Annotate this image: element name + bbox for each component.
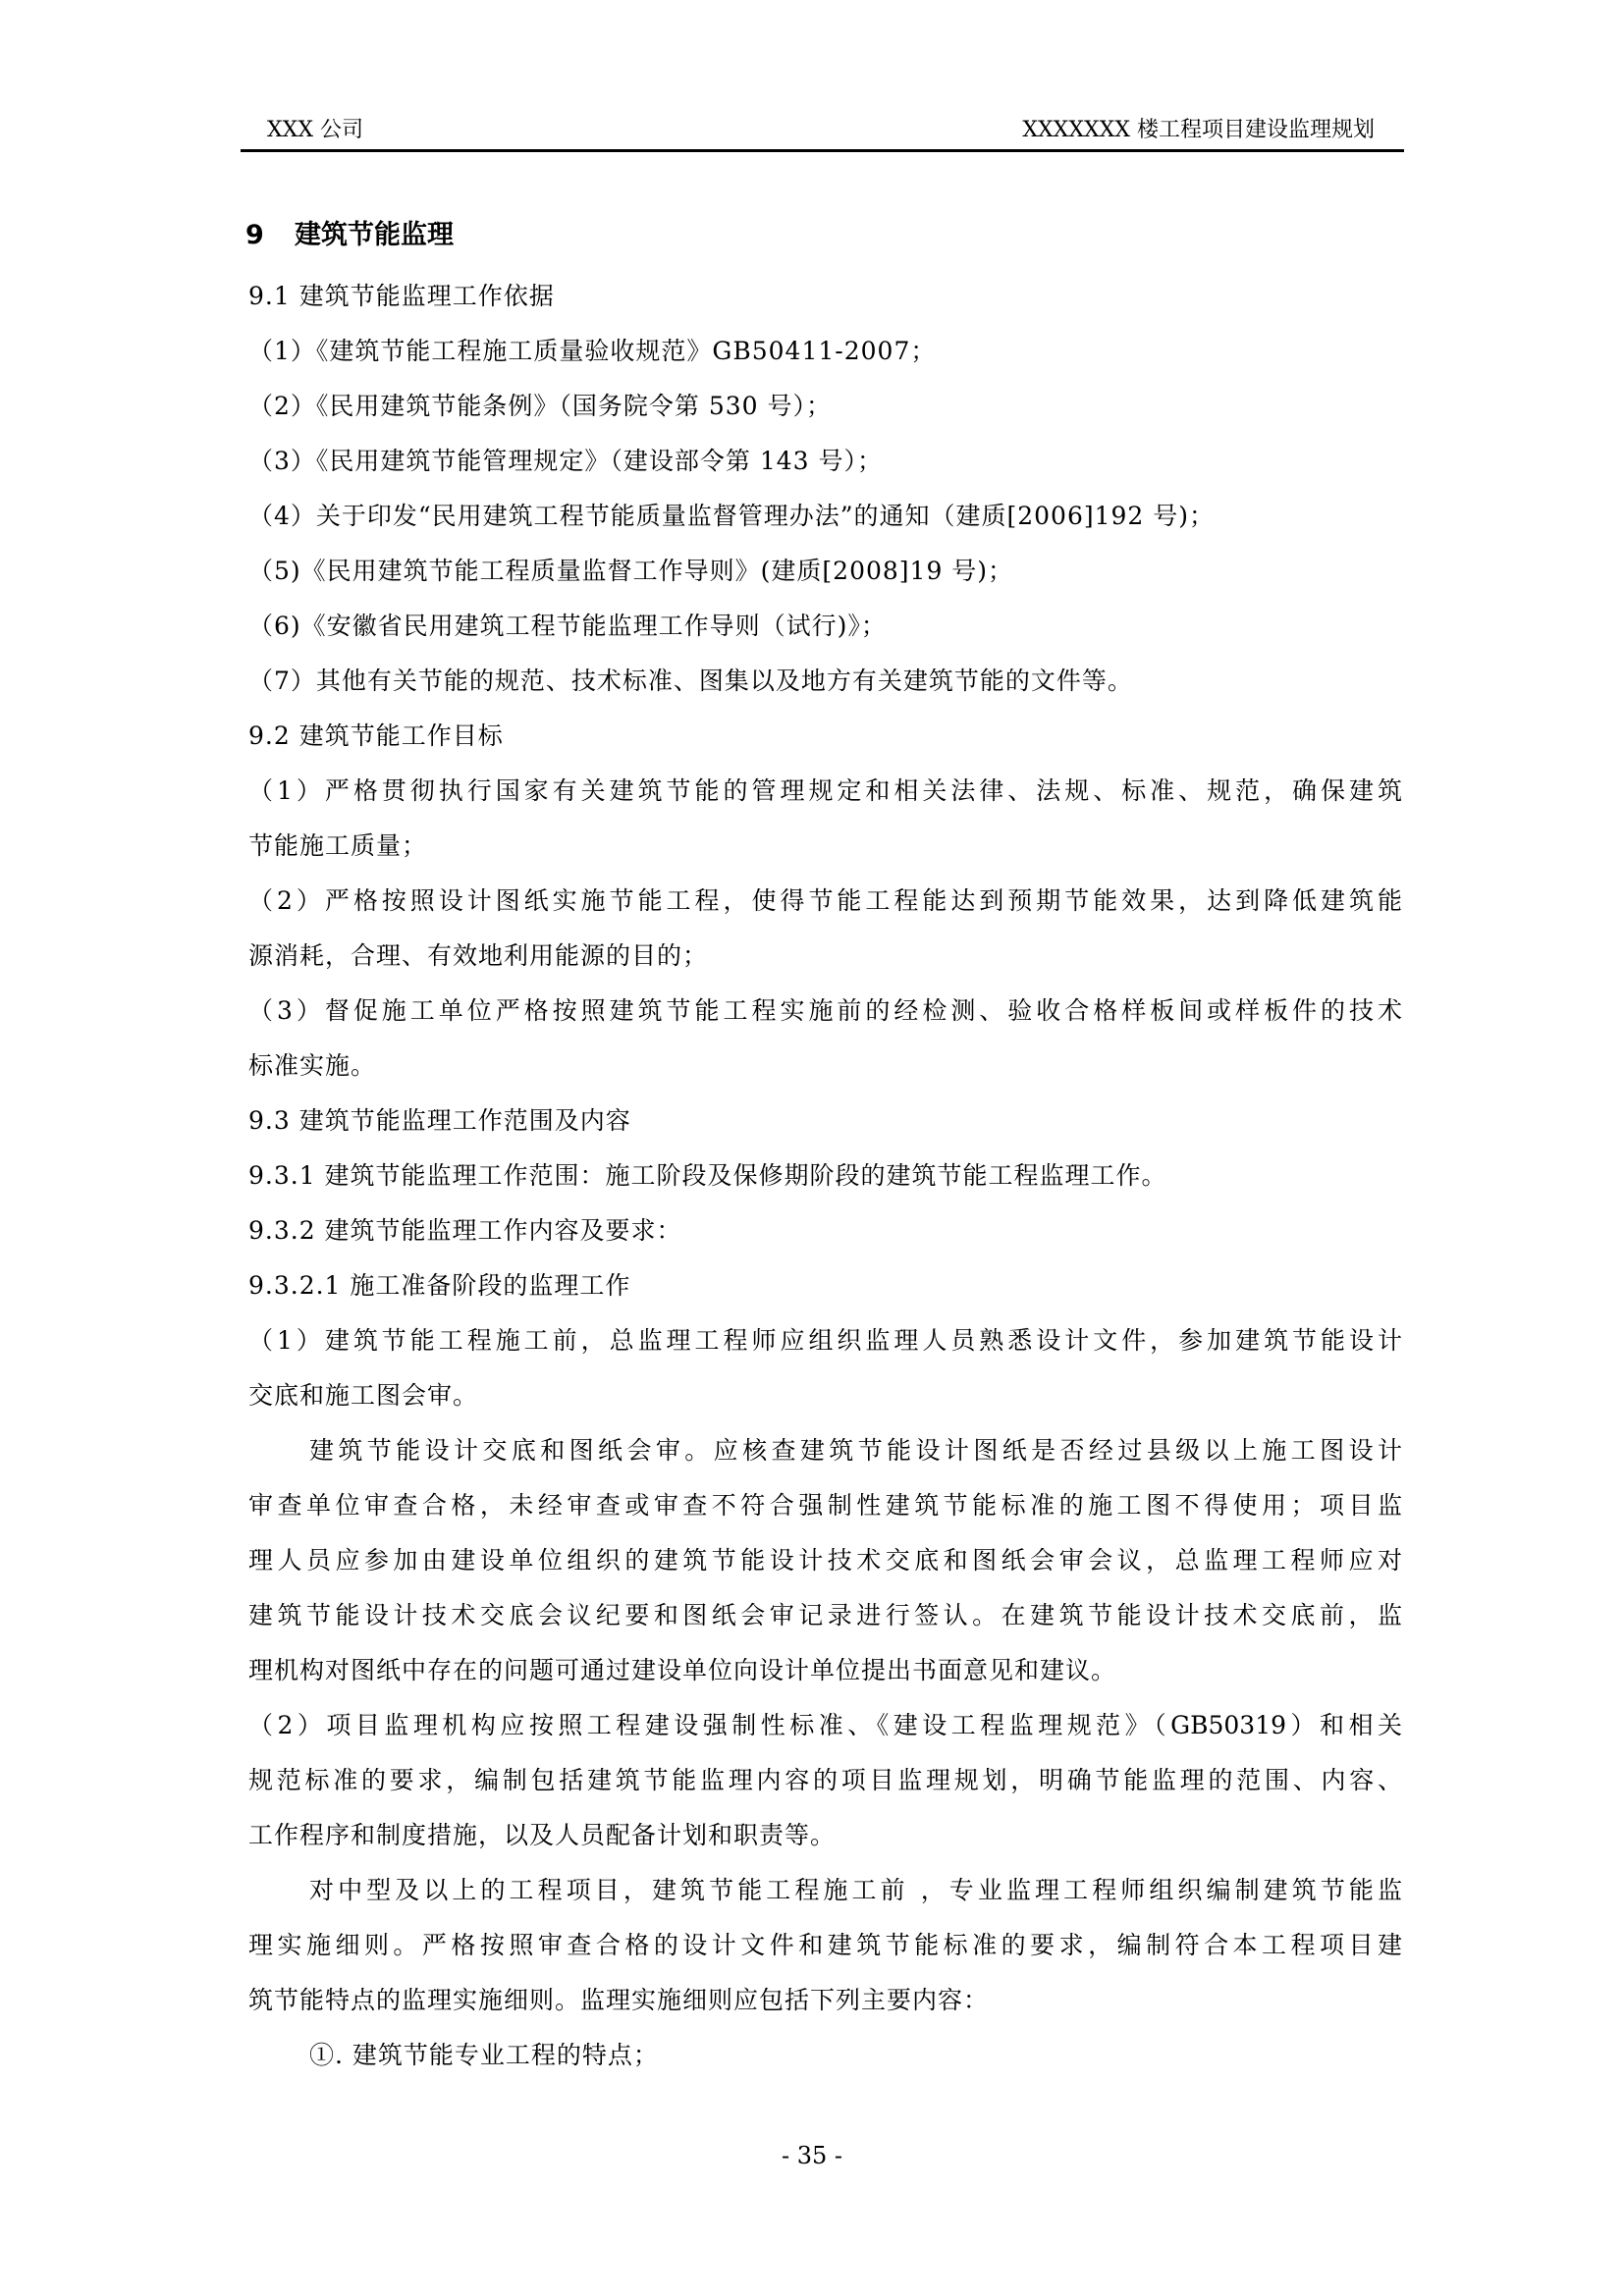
text-line: 9.3.1 建筑节能监理工作范围：施工阶段及保修期阶段的建筑节能工程监理工作。 <box>248 1148 1402 1203</box>
text-line: 规范标准的要求，编制包括建筑节能监理内容的项目监理规划，明确节能监理的范围、内容… <box>248 1753 1402 1808</box>
text-line: 9.2 建筑节能工作目标 <box>248 709 1402 764</box>
text-line: 对中型及以上的工程项目，建筑节能工程施工前 ，专业监理工程师组织编制建筑节能监 <box>248 1863 1402 1918</box>
text-line: 建筑节能设计交底和图纸会审。应核查建筑节能设计图纸是否经过县级以上施工图设计 <box>248 1423 1402 1478</box>
text-line: 9.3.2.1 施工准备阶段的监理工作 <box>248 1258 1402 1313</box>
text-line: 筑节能特点的监理实施细则。监理实施细则应包括下列主要内容： <box>248 1973 1402 2028</box>
section-number: 9 <box>245 218 295 253</box>
text-line: 理机构对图纸中存在的问题可通过建设单位向设计单位提出书面意见和建议。 <box>248 1643 1402 1698</box>
section-heading: 9建筑节能监理 <box>245 218 454 253</box>
text-line: （1）建筑节能工程施工前，总监理工程师应组织监理人员熟悉设计文件，参加建筑节能设… <box>248 1313 1402 1368</box>
text-line: 源消耗，合理、有效地利用能源的目的； <box>248 929 1402 984</box>
section-title: 建筑节能监理 <box>295 220 454 250</box>
text-line: 节能施工质量； <box>248 819 1402 874</box>
text-line: （2）《民用建筑节能条例》（国务院令第 530 号）； <box>248 379 1402 434</box>
text-line: 建筑节能设计技术交底会议纪要和图纸会审记录进行签认。在建筑节能设计技术交底前，监 <box>248 1588 1402 1643</box>
text-line: 9.1 建筑节能监理工作依据 <box>248 269 1402 324</box>
text-line: （4）关于印发“民用建筑工程节能质量监督管理办法”的通知（建质[2006]192… <box>248 489 1402 544</box>
text-line: 理人员应参加由建设单位组织的建筑节能设计技术交底和图纸会审会议，总监理工程师应对 <box>248 1533 1402 1588</box>
text-line: （1）严格贯彻执行国家有关建筑节能的管理规定和相关法律、法规、标准、规范，确保建… <box>248 764 1402 819</box>
text-line: 审查单位审查合格，未经审查或审查不符合强制性建筑节能标准的施工图不得使用；项目监 <box>248 1478 1402 1533</box>
text-line: （6)《安徽省民用建筑工程节能监理工作导则（试行)》； <box>248 599 1402 654</box>
text-line: （2）严格按照设计图纸实施节能工程，使得节能工程能达到预期节能效果，达到降低建筑… <box>248 874 1402 929</box>
text-line: （2）项目监理机构应按照工程建设强制性标准、《建设工程监理规范》（GB50319… <box>248 1698 1402 1753</box>
header-divider <box>241 149 1404 152</box>
text-line: （3）《民用建筑节能管理规定》（建设部令第 143 号）； <box>248 434 1402 489</box>
header-document-title: XXXXXXX 楼工程项目建设监理规划 <box>1022 116 1375 145</box>
text-line: 9.3.2 建筑节能监理工作内容及要求： <box>248 1203 1402 1258</box>
text-line: （3）督促施工单位严格按照建筑节能工程实施前的经检测、验收合格样板间或样板件的技… <box>248 984 1402 1039</box>
text-line: 工作程序和制度措施，以及人员配备计划和职责等。 <box>248 1808 1402 1863</box>
text-line: 交底和施工图会审。 <box>248 1368 1402 1423</box>
text-line: （7）其他有关节能的规范、技术标准、图集以及地方有关建筑节能的文件等。 <box>248 654 1402 709</box>
text-line: （1）《建筑节能工程施工质量验收规范》GB50411-2007； <box>248 324 1402 379</box>
document-body: 9.1 建筑节能监理工作依据（1）《建筑节能工程施工质量验收规范》GB50411… <box>248 269 1402 2083</box>
text-line: 9.3 建筑节能监理工作范围及内容 <box>248 1094 1402 1148</box>
header-company: XXX 公司 <box>267 116 363 145</box>
text-line: ①. 建筑节能专业工程的特点； <box>248 2028 1402 2083</box>
text-line: 理实施细则。严格按照审查合格的设计文件和建筑节能标准的要求，编制符合本工程项目建 <box>248 1918 1402 1973</box>
text-line: 标准实施。 <box>248 1039 1402 1094</box>
page-number: - 35 - <box>0 2138 1624 2173</box>
page-header: XXX 公司 XXXXXXX 楼工程项目建设监理规划 <box>241 116 1404 150</box>
text-line: （5)《民用建筑节能工程质量监督工作导则》(建质[2008]19 号)； <box>248 544 1402 599</box>
